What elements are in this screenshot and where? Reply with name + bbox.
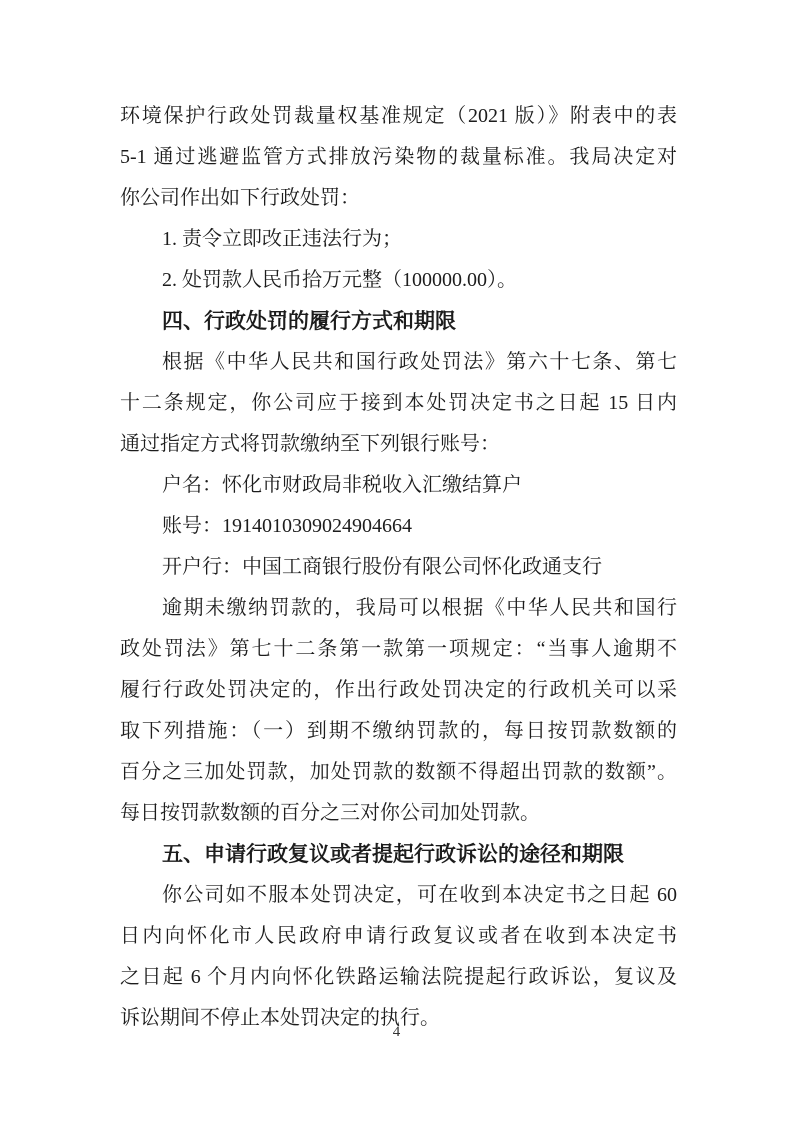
doc-line: 根据《中华人民共和国行政处罚法》第六十七条、第七 <box>120 342 677 383</box>
doc-line: 取下列措施：（一）到期不缴纳罚款的，每日按罚款数额的 <box>120 711 677 752</box>
doc-line: 逾期未缴纳罚款的，我局可以根据《中华人民共和国行 <box>120 588 677 629</box>
doc-line: 通过指定方式将罚款缴纳至下列银行账号： <box>120 424 677 465</box>
document-body: 环境保护行政处罚裁量权基准规定（2021 版）》附表中的表 5-1 通过逃避监管… <box>120 96 677 1039</box>
doc-line: 履行行政处罚决定的，作出行政处罚决定的行政机关可以采 <box>120 670 677 711</box>
bank-branch: 开户行：中国工商银行股份有限公司怀化政通支行 <box>120 547 677 588</box>
penalty-item-2: 2. 处罚款人民币拾万元整（100000.00）。 <box>120 260 677 301</box>
penalty-item-1: 1. 责令立即改正违法行为； <box>120 219 677 260</box>
section-heading-5: 五、申请行政复议或者提起行政诉讼的途径和期限 <box>120 834 677 875</box>
doc-line: 百分之三加处罚款，加处罚款的数额不得超出罚款的数额”。 <box>120 752 677 793</box>
bank-account-number: 账号：1914010309024904664 <box>120 506 677 547</box>
doc-line: 每日按罚款数额的百分之三对你公司加处罚款。 <box>120 793 677 834</box>
document-page: 环境保护行政处罚裁量权基准规定（2021 版）》附表中的表 5-1 通过逃避监管… <box>0 0 793 1122</box>
section-heading-4: 四、行政处罚的履行方式和期限 <box>120 301 677 342</box>
doc-line: 日内向怀化市人民政府申请行政复议或者在收到本决定书 <box>120 916 677 957</box>
doc-line: 你公司作出如下行政处罚： <box>120 178 677 219</box>
page-number: 4 <box>0 1022 793 1042</box>
doc-line: 你公司如不服本处罚决定，可在收到本决定书之日起 60 <box>120 875 677 916</box>
doc-line: 十二条规定，你公司应于接到本处罚决定书之日起 15 日内 <box>120 383 677 424</box>
doc-line: 环境保护行政处罚裁量权基准规定（2021 版）》附表中的表 <box>120 96 677 137</box>
doc-line: 政处罚法》第七十二条第一款第一项规定：“当事人逾期不 <box>120 629 677 670</box>
doc-line: 之日起 6 个月内向怀化铁路运输法院提起行政诉讼，复议及 <box>120 957 677 998</box>
bank-account-name: 户名：怀化市财政局非税收入汇缴结算户 <box>120 465 677 506</box>
doc-line: 5-1 通过逃避监管方式排放污染物的裁量标准。我局决定对 <box>120 137 677 178</box>
